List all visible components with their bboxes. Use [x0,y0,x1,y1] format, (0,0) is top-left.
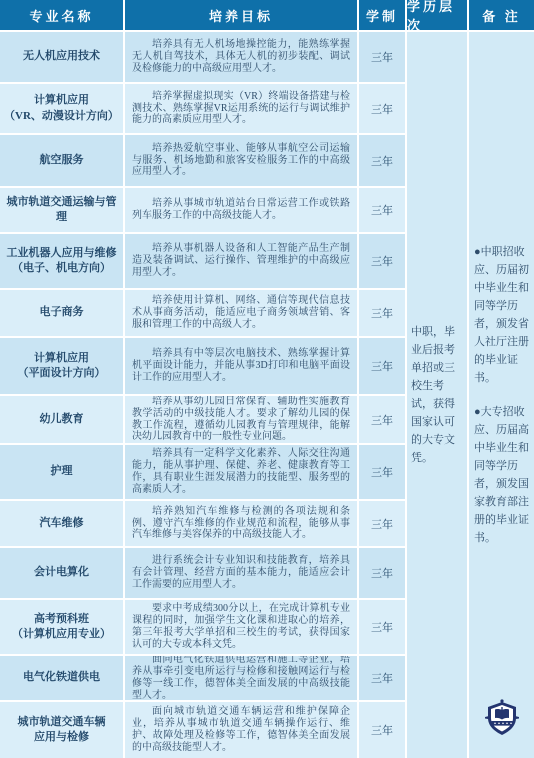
major-name-cell: 电子商务 [0,290,123,336]
objective-text: 培养从事城市轨道站台日常运营工作或铁路列车服务工作的中高级技能人才。 [125,196,357,224]
duration-cell: 三年 [359,702,405,758]
objective-text: 培养具有中等层次电脑技术、熟练掌握计算机平面设计能力，并能从事3D打印和电脑平面… [125,346,357,385]
major-name-cell: 航空服务 [0,135,123,186]
major-name-cell: 城市轨道交通车辆 应用与检修 [0,702,123,758]
header-remark: 备 注 [469,0,534,30]
objective-cell: 培养熟知汽车维修与检测的各项法规和条例、遵守汽车维修的作业规范和流程，能够从事汽… [125,501,357,546]
objective-text: 培养熟知汽车维修与检测的各项法规和条例、遵守汽车维修的作业规范和流程，能够从事汽… [125,504,357,543]
objective-text: 培养热爱航空事业、能够从事航空公司运输与服务、机场地勤和旅客安检服务工作的中高级… [125,141,357,180]
major-name-cell: 护理 [0,445,123,499]
duration-cell: 三年 [359,32,405,82]
objective-text: 面向城市轨道交通车辆运营和维护保障企业，培养从事城市轨道交通车辆操作运行、维护、… [125,704,357,755]
objective-text: 进行系统会计专业知识和技能教育，培养具有会计管理、经营方面的基本能力，能适应会计… [125,553,357,592]
duration-cell: 三年 [359,501,405,546]
remark-item: ●中职招收应、历届初中毕业生和同等学历者，颁发省人社厅注册的毕业证书。 [474,243,529,387]
duration-cell: 三年 [359,600,405,654]
remark-cell: ●中职招收应、历届初中毕业生和同等学历者，颁发省人社厅注册的毕业证书。 ●大专招… [469,32,534,758]
objective-cell: 培养从事幼儿园日常保育、辅助性实施教育教学活动的中级技能人才。要求了解幼儿园的保… [125,396,357,443]
duration-cell: 三年 [359,234,405,288]
header-objective: 培养目标 [125,0,357,30]
objective-cell: 要求中考成绩300分以上，在完成计算机专业课程的同时，加强学生文化课和进取心的培… [125,600,357,654]
duration-cell: 三年 [359,84,405,133]
header-duration: 学制 [359,0,405,30]
duration-cell: 三年 [359,135,405,186]
objective-cell: 培养从事城市轨道站台日常运营工作或铁路列车服务工作的中高级技能人才。 [125,188,357,232]
objective-text: 培养具有无人机场地操控能力，能熟练掌握无人机自驾技术，具体无人机的初步装配、调试… [125,37,357,76]
objective-cell: 面向城市轨道交通车辆运营和维护保障企业，培养从事城市轨道交通车辆操作运行、维护、… [125,702,357,758]
objective-text: 培养具有一定科学文化素养、人际交往沟通能力，能从事护理、保健、养老、健康教育等工… [125,446,357,497]
header-major: 专业名称 [0,0,123,30]
duration-cell: 三年 [359,445,405,499]
major-name-cell: 计算机应用 （VR、动漫设计方向） [0,84,123,133]
education-level-cell: 中职，毕业后报考单招或三校生考试，获得国家认可的大专文凭。 [407,32,467,758]
objective-text: 培养从事幼儿园日常保育、辅助性实施教育教学活动的中级技能人才。要求了解幼儿园的保… [125,396,357,443]
objective-cell: 培养掌握虚拟现实（VR）终端设备搭建与检测技术、熟练掌握VR运用系统的运行与调试… [125,84,357,133]
major-name-cell: 城市轨道交通运输与管理 [0,188,123,232]
header-level: 学历层次 [407,0,467,30]
objective-text: 培养从事机器人设备和人工智能产品生产制造及装备调试、运行操作、管理维护的中高级应… [125,241,357,280]
objective-text: 培养使用计算机、网络、通信等现代信息技术从事商务活动，能适应电子商务领域营销、客… [125,293,357,332]
objective-cell: 培养具有中等层次电脑技术、熟练掌握计算机平面设计能力，并能从事3D打印和电脑平面… [125,338,357,394]
school-badge-icon [484,698,520,736]
objective-text: 培养掌握虚拟现实（VR）终端设备搭建与检测技术、熟练掌握VR运用系统的运行与调试… [125,89,357,128]
major-name-cell: 高考预科班 （计算机应用专业） [0,600,123,654]
majors-table: 专业名称 培养目标 学制 学历层次 备 注 中职，毕业后报考单招或三校生考试，获… [0,0,534,758]
duration-cell: 三年 [359,290,405,336]
remark-item: ●大专招收应、历届高中毕业生和同等学历者，颁发国家教育部注册的毕业证书。 [474,403,529,547]
major-name-cell: 无人机应用技术 [0,32,123,82]
objective-cell: 面向电气化铁道供电运营和施工等企业，培养从事牵引变电所运行与检修和接触网运行与检… [125,656,357,700]
major-name-cell: 计算机应用 （平面设计方向） [0,338,123,394]
major-name-cell: 汽车维修 [0,501,123,546]
major-name-cell: 电气化铁道供电 [0,656,123,700]
objective-cell: 培养具有一定科学文化素养、人际交往沟通能力，能从事护理、保健、养老、健康教育等工… [125,445,357,499]
duration-cell: 三年 [359,338,405,394]
objective-cell: 培养使用计算机、网络、通信等现代信息技术从事商务活动，能适应电子商务领域营销、客… [125,290,357,336]
objective-cell: 培养热爱航空事业、能够从事航空公司运输与服务、机场地勤和旅客安检服务工作的中高级… [125,135,357,186]
duration-cell: 三年 [359,188,405,232]
duration-cell: 三年 [359,396,405,443]
major-name-cell: 会计电算化 [0,548,123,598]
major-name-cell: 幼儿教育 [0,396,123,443]
objective-cell: 培养具有无人机场地操控能力，能熟练掌握无人机自驾技术，具体无人机的初步装配、调试… [125,32,357,82]
objective-text: 面向电气化铁道供电运营和施工等企业，培养从事牵引变电所运行与检修和接触网运行与检… [125,656,357,700]
objective-cell: 进行系统会计专业知识和技能教育，培养具有会计管理、经营方面的基本能力，能适应会计… [125,548,357,598]
objective-cell: 培养从事机器人设备和人工智能产品生产制造及装备调试、运行操作、管理维护的中高级应… [125,234,357,288]
duration-cell: 三年 [359,548,405,598]
objective-text: 要求中考成绩300分以上，在完成计算机专业课程的同时，加强学生文化课和进取心的培… [125,601,357,652]
major-name-cell: 工业机器人应用与维修 （电子、机电方向） [0,234,123,288]
duration-cell: 三年 [359,656,405,700]
